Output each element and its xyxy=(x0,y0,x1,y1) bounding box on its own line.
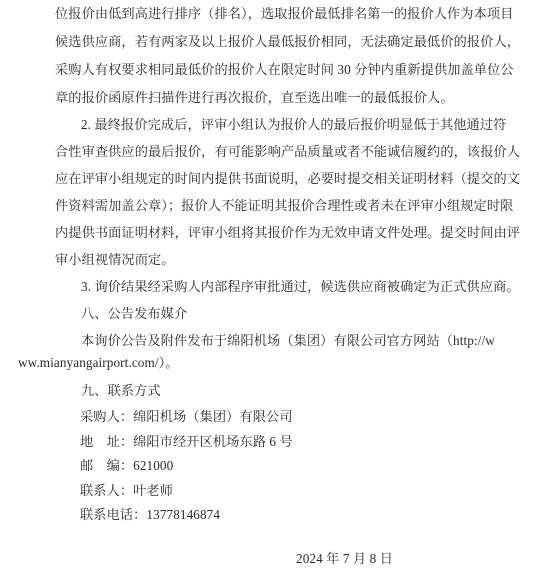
clause2-line: 合性审查供应的最后报价，有可能影响产品质量或者不能诚信履约的，该报价人 xyxy=(55,144,520,160)
clause2-line: 内提供书面证明材料，评审小组将其报价作为无效申请文件处理。提交时间由评 xyxy=(55,225,520,241)
body-line: 采购人有权要求相同最低价的报价人在限定时间 30 分钟内重新提供加盖单位公 xyxy=(55,62,514,78)
document-page: 位报价由低到高进行排序（排名），选取报价最低排名第一的报价人作为本项目 候选供应… xyxy=(0,0,537,574)
contact-phone: 联系电话：13778146874 xyxy=(80,507,220,523)
media-body-line: 本询价公告及附件发布于绵阳机场（集团）有限公司官方网站（http://w xyxy=(81,333,495,349)
issue-date: 2024 年 7 月 8 日 xyxy=(296,551,393,567)
clause2-line: 审小组视情况而定。 xyxy=(55,252,175,268)
clause3-line: 3. 询价结果经采购人内部程序审批通过，候选供应商被确定为正式供应商。 xyxy=(81,279,520,295)
body-line: 位报价由低到高进行排序（排名），选取报价最低排名第一的报价人作为本项目 xyxy=(55,6,513,22)
clause2-line: 2. 最终报价完成后，评审小组认为报价人的最后报价明显低于其他通过符 xyxy=(81,117,506,133)
contact-person: 联系人：叶老师 xyxy=(80,483,173,499)
section-heading-media: 八、公告发布媒介 xyxy=(81,306,187,322)
clause2-line: 应在评审小组规定的时间内提供书面说明，必要时提交相关证明材料（提交的文 xyxy=(55,171,520,187)
website-url-line: ww.mianyangairport.com/）。 xyxy=(18,355,179,371)
clause2-line: 件资料需加盖公章）；报价人不能证明其报价合理性或者未在评审小组规定时限 xyxy=(55,198,513,214)
body-line: 候选供应商，若有两家及以上报价人最低报价相同，无法确定最低价的报价人， xyxy=(55,34,520,50)
body-line: 章的报价函原件扫描件进行再次报价，直至选出唯一的最低报价人。 xyxy=(55,90,454,106)
section-heading-contact: 九、联系方式 xyxy=(81,383,161,399)
contact-address: 地 址：绵阳市经开区机场东路 6 号 xyxy=(80,434,293,450)
contact-purchaser: 采购人：绵阳机场（集团）有限公司 xyxy=(80,409,293,425)
contact-postcode: 邮 编：621000 xyxy=(80,458,173,474)
